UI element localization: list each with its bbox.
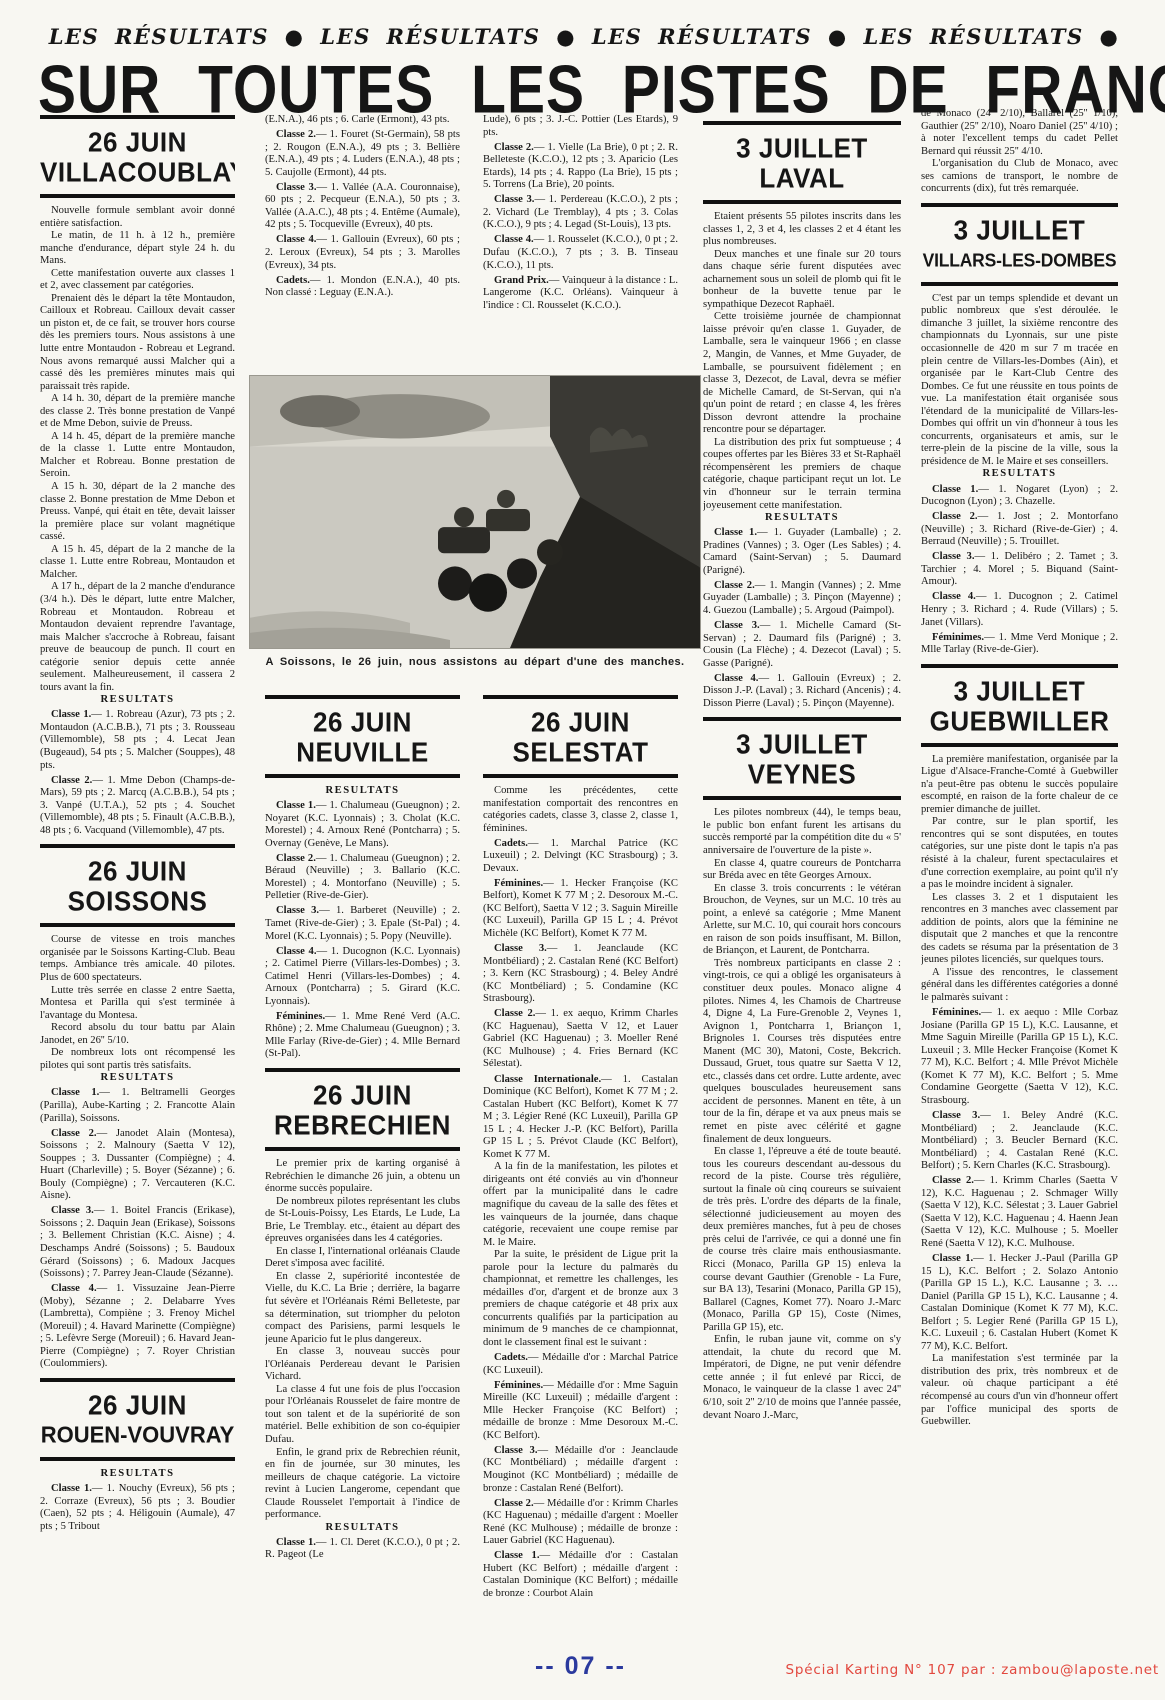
paragraph: A 15 h. 30, départ de la 2 manche des cl…	[40, 481, 235, 544]
paragraph: Cette troisième journée de championnat l…	[703, 311, 901, 436]
section-heading-line: 26 JUIN	[40, 126, 235, 158]
section-heading: 26 JUINSOISSONS	[40, 844, 235, 927]
result-entry-label: Classe 2.	[51, 1128, 97, 1139]
paragraph: La première manifestation, organisée par…	[921, 754, 1118, 817]
section-heading-line: LAVAL	[703, 162, 901, 194]
result-entry-label: Classe 3.	[494, 194, 534, 205]
result-entry-label: Classe 3.	[714, 620, 760, 631]
result-entry-label: Féminines.	[276, 1011, 325, 1022]
column-3-bottom: 26 JUINSELESTATComme les précédentes, ce…	[483, 688, 678, 1646]
result-entry: Classe 1.— 1. Beltramelli Georges (Paril…	[40, 1087, 235, 1125]
result-entry: Classe 2.— 1. Fouret (St-Germain), 58 pt…	[265, 129, 460, 179]
paragraph: A 15 h. 45, départ de la 2 manche de la …	[40, 544, 235, 582]
result-entry-text: — 1. Hecker J.-Paul (Parilla GP 15 L), K…	[921, 1253, 1118, 1352]
result-entry-label: Classe 1.	[932, 484, 978, 495]
section-heading-line: 26 JUIN	[483, 706, 678, 738]
results-subhead: RESULTATS	[265, 785, 460, 798]
paragraph: Cette manifestation ouverte aux classes …	[40, 268, 235, 293]
result-entry-label: Cadets.	[494, 838, 528, 849]
result-entry-label: Classe 1.	[51, 709, 91, 720]
result-entry: Cadets.— 1. Mondon (E.N.A.), 40 pts. Non…	[265, 275, 460, 300]
result-entry-label: Cadets.	[494, 1352, 528, 1363]
result-entry: Classe 4.— 1. Ducognon ; 2. Catimel Henr…	[921, 591, 1118, 629]
result-entry: Classe 2.— 1. Mme Debon (Champs-de-Mars)…	[40, 775, 235, 838]
result-entry-label: Classe 4.	[714, 673, 758, 684]
section-heading-line: GUEBWILLER	[921, 705, 1118, 737]
result-entry-label: Classe 1.	[276, 800, 316, 811]
section-heading-line: VEYNES	[703, 759, 901, 791]
result-entry: Classe 1.— 1. Nouchy (Evreux), 56 pts ; …	[40, 1483, 235, 1533]
result-entry-label: Classe 3.	[494, 943, 547, 954]
section-heading: 3 JUILLETGUEBWILLER	[921, 664, 1118, 747]
paragraph-continued: (E.N.A.), 46 pts ; 6. Carle (Ermont), 43…	[265, 114, 460, 127]
paragraph: C'est par un temps splendide et devant u…	[921, 293, 1118, 469]
results-subhead: RESULTATS	[40, 694, 235, 707]
paragraph: A 14 h. 30, départ de la première manche…	[40, 393, 235, 431]
section-heading-line: ROUEN-VOUVRAY	[40, 1419, 235, 1451]
results-subhead: RESULTATS	[40, 1468, 235, 1481]
result-entry-label: Classe 4.	[276, 946, 317, 957]
result-entry: Féminimes.— 1. Mme Verd Monique ; 2. Mll…	[921, 632, 1118, 657]
result-entry-text: — 1. Boitel Francis (Erikase), Soissons …	[40, 1205, 235, 1279]
result-entry: Classe 1.— 1. Hecker J.-Paul (Parilla GP…	[921, 1253, 1118, 1353]
result-entry: Classe 2.— 1. Vielle (La Brie), 0 pt ; 2…	[483, 142, 678, 192]
results-subhead: RESULTATS	[921, 468, 1118, 481]
section-heading-line: 26 JUIN	[40, 1389, 235, 1421]
section-heading: 3 JUILLETVEYNES	[703, 717, 901, 800]
paragraph: En classe 2, supériorité incontestée de …	[265, 1271, 460, 1346]
result-entry-label: Classe 2.	[276, 853, 316, 864]
result-entry-label: Classe 3.	[932, 1110, 980, 1121]
result-entry-label: Classe 1.	[494, 1550, 540, 1561]
paragraph: A l'issue des rencontres, le classement …	[921, 967, 1118, 1005]
result-entry-label: Féminines.	[494, 1380, 543, 1391]
paragraph: En classe 4, quatre coureurs de Pontchar…	[703, 858, 901, 883]
paragraph: De nombreux lots ont récompensé les pilo…	[40, 1047, 235, 1072]
result-entry: Classe 2.— 1. Krimm Charles (Saetta V 12…	[921, 1175, 1118, 1250]
paragraph: La classe 4 fut une fois de plus l'occas…	[265, 1384, 460, 1447]
result-entry: Féminines.— 1. ex aequo : Mlle Corbaz Jo…	[921, 1007, 1118, 1107]
result-entry: Classe 4.— 1. Ducognon (K.C. Lyonnais) ;…	[265, 946, 460, 1009]
result-entry-label: Classe 1.	[276, 1537, 316, 1548]
result-entry: Classe 2.— 1. Chalumeau (Gueugnon) ; 2. …	[265, 853, 460, 903]
result-entry-label: Classe 2.	[51, 775, 92, 786]
result-entry: Classe 2.— Médaille d'or : Krimm Charles…	[483, 1498, 678, 1548]
race-photo	[250, 376, 700, 648]
result-entry-label: Classe 4.	[276, 234, 316, 245]
result-entry-text: — 1. Vissuzaine Jean-Pierre (Moby), Séza…	[40, 1283, 235, 1369]
result-entry-label: Classe 2.	[494, 1498, 534, 1509]
section-heading: 26 JUINREBRECHIEN	[265, 1068, 460, 1151]
paragraph: A la fin de la manifestation, les pilote…	[483, 1161, 678, 1249]
result-entry: Classe 2.— Janodet Alain (Montesa), Sois…	[40, 1128, 235, 1203]
result-entry-text: — 1. ex aequo : Mlle Corbaz Josiane (Par…	[921, 1007, 1118, 1106]
paragraph: Etaient présents 55 pilotes inscrits dan…	[703, 211, 901, 249]
footer-credit: Spécial Karting N° 107 par : zambou@lapo…	[699, 1662, 1159, 1678]
paragraph-continued: de Monaco (24'' 2/10), Ballarel (25'' 1/…	[921, 108, 1118, 158]
paragraph: A 17 h., départ de la 2 manche d'enduran…	[40, 581, 235, 694]
result-entry: Classe 2.— 1. ex aequo, Krimm Charles (K…	[483, 1008, 678, 1071]
section-heading-line: 26 JUIN	[265, 1079, 460, 1111]
result-entry: Classe 4.— 1. Gallouin (Evreux), 60 pts …	[265, 234, 460, 272]
result-entry-label: Classe 2.	[714, 580, 755, 591]
result-entry-label: Classe 2.	[932, 511, 978, 522]
section-heading-line: 3 JUILLET	[703, 132, 901, 164]
paragraph: Très nombreux participants en classe 2 :…	[703, 958, 901, 1146]
section-heading-line: SOISSONS	[40, 886, 235, 918]
result-entry-label: Classe 2.	[494, 1008, 535, 1019]
paragraph: Lutte très serrée en classe 2 entre Saet…	[40, 985, 235, 1023]
paragraph: A 14 h. 45, départ de la première manche…	[40, 431, 235, 481]
paragraph: Comme les précédentes, cette manifestati…	[483, 785, 678, 835]
result-entry-label: Féminines.	[932, 1007, 981, 1018]
newspaper-page: LES RÉSULTATS ● LES RÉSULTATS ● LES RÉSU…	[0, 0, 1165, 1700]
result-entry-label: Classe 1.	[51, 1483, 92, 1494]
result-entry-label: Classe 3.	[494, 1445, 538, 1456]
paragraph: La distribution des prix fut somptueuse …	[703, 437, 901, 512]
paragraph: Nouvelle formule semblant avoir donné en…	[40, 205, 235, 230]
paragraph: Prenaient dès le départ la tête Montaudo…	[40, 293, 235, 393]
results-ticker: LES RÉSULTATS ● LES RÉSULTATS ● LES RÉSU…	[38, 24, 1130, 49]
paragraph: En classe I, l'international orléanais C…	[265, 1246, 460, 1271]
result-entry: Classe Internationale.— 1. Castalan Domi…	[483, 1074, 678, 1162]
page-number: -- 07 --	[483, 1652, 678, 1681]
results-subhead: RESULTATS	[703, 512, 901, 525]
result-entry-label: Classe 3.	[932, 551, 975, 562]
paragraph: De nombreux pilotes représentant les clu…	[265, 1196, 460, 1246]
photo-caption: A Soissons, le 26 juin, nous assistons a…	[250, 656, 700, 668]
result-entry: Cadets.— 1. Marchal Patrice (KC Luxeuil)…	[483, 838, 678, 876]
result-entry: Classe 2.— 1. Jost ; 2. Montorfano (Neuv…	[921, 511, 1118, 549]
result-entry: Cadets.— Médaille d'or : Marchal Patrice…	[483, 1352, 678, 1377]
result-entry: Classe 3.— 1. Boitel Francis (Erikase), …	[40, 1205, 235, 1280]
section-heading: 26 JUINNEUVILLE	[265, 695, 460, 778]
result-entry: Classe 3.— 1. Jeanclaude (KC Montbéliard…	[483, 943, 678, 1006]
result-entry-label: Féminimes.	[932, 632, 984, 643]
result-entry-label: Classe 4.	[51, 1283, 97, 1294]
section-heading-line: VILLACOUBLAY	[40, 156, 235, 188]
result-entry: Classe 3.— 1. Michelle Camard (St-Servan…	[703, 620, 901, 670]
paragraph: Course de vitesse en trois manches organ…	[40, 934, 235, 984]
result-entry-label: Classe 4.	[932, 591, 976, 602]
result-entry: Classe 3.— 1. Beley André (K.C. Montbéli…	[921, 1110, 1118, 1173]
column-2-top: (E.N.A.), 46 pts ; 6. Carle (Ermont), 43…	[265, 114, 460, 378]
section-heading: 26 JUINROUEN-VOUVRAY	[40, 1378, 235, 1461]
result-entry: Classe 1.— Médaille d'or : Castalan Hube…	[483, 1550, 678, 1600]
section-heading-line: 3 JUILLET	[921, 214, 1118, 246]
result-entry: Classe 4.— 1. Rousselet (K.C.O.), 0 pt ;…	[483, 234, 678, 272]
result-entry-label: Féminines.	[494, 878, 543, 889]
paragraph: En classe 3, nouveau succès pour l'Orléa…	[265, 1346, 460, 1384]
result-entry-label: Classe 3.	[276, 905, 319, 916]
section-heading-line: SELESTAT	[483, 736, 678, 768]
paragraph: En classe 3. trois concurrents : le vété…	[703, 883, 901, 958]
section-heading-line: 3 JUILLET	[703, 729, 901, 761]
result-entry: Classe 2.— 1. Mangin (Vannes) ; 2. Mme G…	[703, 580, 901, 618]
result-entry: Classe 3.— 1. Barberet (Neuville) ; 2. T…	[265, 905, 460, 943]
result-entry: Féminines.— 1. Hecker Françoise (KC Belf…	[483, 878, 678, 941]
result-entry-label: Grand Prix.	[494, 275, 549, 286]
result-entry: Féminines.— Médaille d'or : Mme Saguin M…	[483, 1380, 678, 1443]
result-entry-label: Classe Internationale.	[494, 1074, 601, 1085]
column-1: 26 JUINVILLACOUBLAYNouvelle formule semb…	[40, 108, 235, 1696]
paragraph: Par la suite, le président de Ligue prit…	[483, 1249, 678, 1349]
result-entry-label: Classe 1.	[714, 527, 757, 538]
result-entry: Grand Prix.— Vainqueur à la distance : L…	[483, 275, 678, 313]
masthead: LES RÉSULTATS ● LES RÉSULTATS ● LES RÉSU…	[38, 24, 1130, 117]
paragraph: Les classes 3. 2 et 1 disputaient les re…	[921, 892, 1118, 967]
column-4: 3 JUILLETLAVALEtaient présents 55 pilote…	[703, 114, 901, 1696]
result-entry: Classe 3.— Médaille d'or : Jeanclaude (K…	[483, 1445, 678, 1495]
paragraph: Les pilotes nombreux (44), le temps beau…	[703, 807, 901, 857]
column-3-top: Lude), 6 pts ; 3. J.-C. Pottier (Les Eta…	[483, 114, 678, 386]
result-entry: Classe 4.— 1. Gallouin (Evreux) ; 2. Dis…	[703, 673, 901, 711]
result-entry: Féminines.— 1. Mme René Verd (A.C. Rhône…	[265, 1011, 460, 1061]
section-heading: 3 JUILLETLAVAL	[703, 121, 901, 204]
column-5: de Monaco (24'' 2/10), Ballarel (25'' 1/…	[921, 108, 1118, 1696]
result-entry-label: Classe 2.	[932, 1175, 974, 1186]
section-heading-line: NEUVILLE	[265, 736, 460, 768]
section-heading-line: VILLARS-LES-DOMBES	[921, 244, 1118, 276]
section-heading-line: 26 JUIN	[265, 706, 460, 738]
result-entry-text: — 1. Krimm Charles (Saetta V 12), K.C. H…	[921, 1175, 1118, 1249]
result-entry: Classe 1.— 1. Nogaret (Lyon) ; 2. Ducogn…	[921, 484, 1118, 509]
column-2-bottom: 26 JUINNEUVILLERESULTATSClasse 1.— 1. Ch…	[265, 688, 460, 1692]
result-entry: Classe 1.— 1. Guyader (Lamballe) ; 2. Pr…	[703, 527, 901, 577]
result-entry: Classe 1.— 1. Chalumeau (Gueugnon) ; 2. …	[265, 800, 460, 850]
result-entry-label: Classe 2.	[494, 142, 534, 153]
paragraph: Deux manches et une finale sur 20 tours …	[703, 249, 901, 312]
section-heading: 26 JUINSELESTAT	[483, 695, 678, 778]
section-heading-line: 3 JUILLET	[921, 675, 1118, 707]
results-subhead: RESULTATS	[265, 1522, 460, 1535]
paragraph: Record absolu du tour battu par Alain Ja…	[40, 1022, 235, 1047]
section-heading-line: 26 JUIN	[40, 856, 235, 888]
result-entry-label: Classe 4.	[494, 234, 534, 245]
paragraph: Enfin, le grand prix de Rebrechien réuni…	[265, 1447, 460, 1522]
paragraph: Par contre, sur le plan sportif, les ren…	[921, 816, 1118, 891]
result-entry: Classe 3.— 1. Perdereau (K.C.O.), 2 pts …	[483, 194, 678, 232]
result-entry-label: Classe 3.	[51, 1205, 94, 1216]
photo-illustration	[250, 376, 700, 648]
results-subhead: RESULTATS	[40, 1072, 235, 1085]
result-entry: Classe 1.— 1. Robreau (Azur), 73 pts ; 2…	[40, 709, 235, 772]
result-entry-label: Classe 2.	[276, 129, 316, 140]
paragraph-continued: Lude), 6 pts ; 3. J.-C. Pottier (Les Eta…	[483, 114, 678, 139]
paragraph: L'organisation du Club de Monaco, avec s…	[921, 158, 1118, 196]
result-entry-label: Classe 1.	[51, 1087, 99, 1098]
section-heading-line: REBRECHIEN	[265, 1109, 460, 1141]
result-entry-text: — 1. Castalan Dominique (KC Belfort), Ko…	[483, 1074, 678, 1160]
paragraph: Enfin, le ruban jaune vit, comme on s'y …	[703, 1334, 901, 1422]
section-heading: 26 JUINVILLACOUBLAY	[40, 115, 235, 198]
result-entry: Classe 4.— 1. Vissuzaine Jean-Pierre (Mo…	[40, 1283, 235, 1371]
result-entry-label: Cadets.	[276, 275, 310, 286]
result-entry-label: Classe 1.	[932, 1253, 973, 1264]
paragraph: Le premier prix de karting organisé à Re…	[265, 1158, 460, 1196]
result-entry: Classe 1.— 1. Cl. Deret (K.C.O.), 0 pt ;…	[265, 1537, 460, 1562]
paragraph: La manifestation s'est terminée par la d…	[921, 1353, 1118, 1428]
paragraph: En classe 1, l'épreuve a été de toute be…	[703, 1146, 901, 1334]
paragraph: Le matin, de 11 h. à 12 h., première man…	[40, 230, 235, 268]
result-entry-label: Classe 3.	[276, 182, 317, 193]
result-entry: Classe 3.— 1. Delibéro ; 2. Tamet ; 3. T…	[921, 551, 1118, 589]
section-heading: 3 JUILLETVILLARS-LES-DOMBES	[921, 203, 1118, 286]
result-entry: Classe 3.— 1. Vallée (A.A. Couronnaise),…	[265, 182, 460, 232]
